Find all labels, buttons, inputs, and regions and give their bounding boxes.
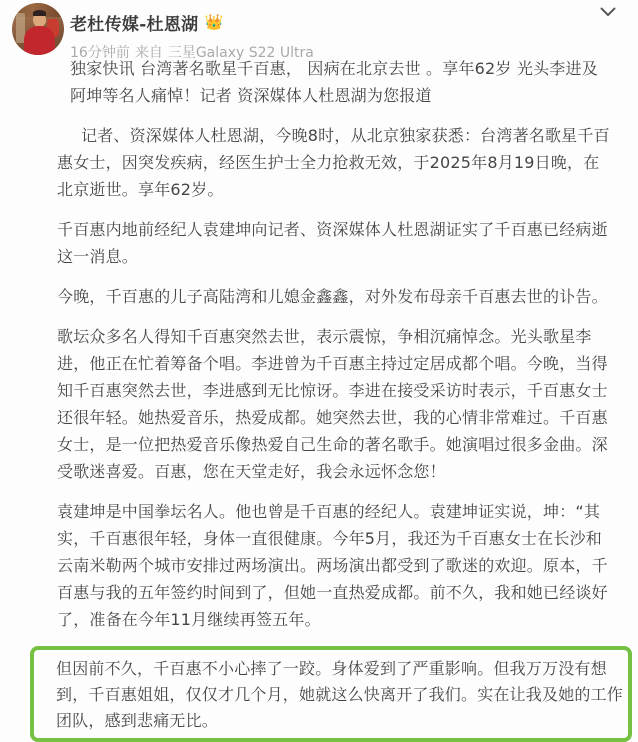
post-paragraph: 袁建坤是中国拳坛名人。他也曾是千百惠的经纪人。袁建坤证实说，坤：“其实，千百惠很… bbox=[57, 498, 612, 633]
post-paragraph: 今晚，千百惠的儿子高陆湾和儿媳金鑫鑫，对外发布母亲千百惠去世的讣告。 bbox=[57, 283, 612, 310]
avatar[interactable] bbox=[12, 3, 64, 55]
post-paragraph: 千百惠内地前经纪人袁建坤向记者、资深媒体人杜恩湖证实了千百惠已经病逝这一消息。 bbox=[57, 216, 612, 270]
highlight-annotation-box: 但因前不久，千百惠不小心摔了一跤。身体爱到了严重影响。但我万万没有想到，千百惠姐… bbox=[30, 646, 632, 742]
post-paragraph-highlighted: 但因前不久，千百惠不小心摔了一跤。身体爱到了严重影响。但我万万没有想到，千百惠姐… bbox=[56, 656, 624, 734]
weibo-post: 老杜传媒-杜恩湖 👑 16分钟前 来自 三星Galaxy S22 Ultra 独… bbox=[0, 0, 638, 742]
avatar-person bbox=[33, 10, 46, 16]
avatar-person bbox=[24, 26, 55, 55]
post-paragraph: 记者、资深媒体人杜恩湖，今晚8时，从北京独家获悉：台湾著名歌星千百惠女士，因突发… bbox=[57, 122, 612, 203]
post-paragraph: 歌坛众多名人得知千百惠突然去世，表示震惊，争相沉痛悼念。光头歌星李进，他正在忙着… bbox=[57, 323, 612, 485]
post-paragraph-headline: 独家快讯 台湾著名歌星千百惠， 因病在北京去世 。享年62岁 光头李进及 阿坤等… bbox=[70, 55, 612, 109]
post-menu-button[interactable] bbox=[596, 2, 620, 22]
post-body: 独家快讯 台湾著名歌星千百惠， 因病在北京去世 。享年62岁 光头李进及 阿坤等… bbox=[0, 55, 638, 742]
crown-badge-icon: 👑 bbox=[204, 15, 223, 30]
author-name[interactable]: 老杜传媒-杜恩湖 bbox=[70, 10, 198, 35]
chevron-down-icon bbox=[600, 7, 616, 17]
